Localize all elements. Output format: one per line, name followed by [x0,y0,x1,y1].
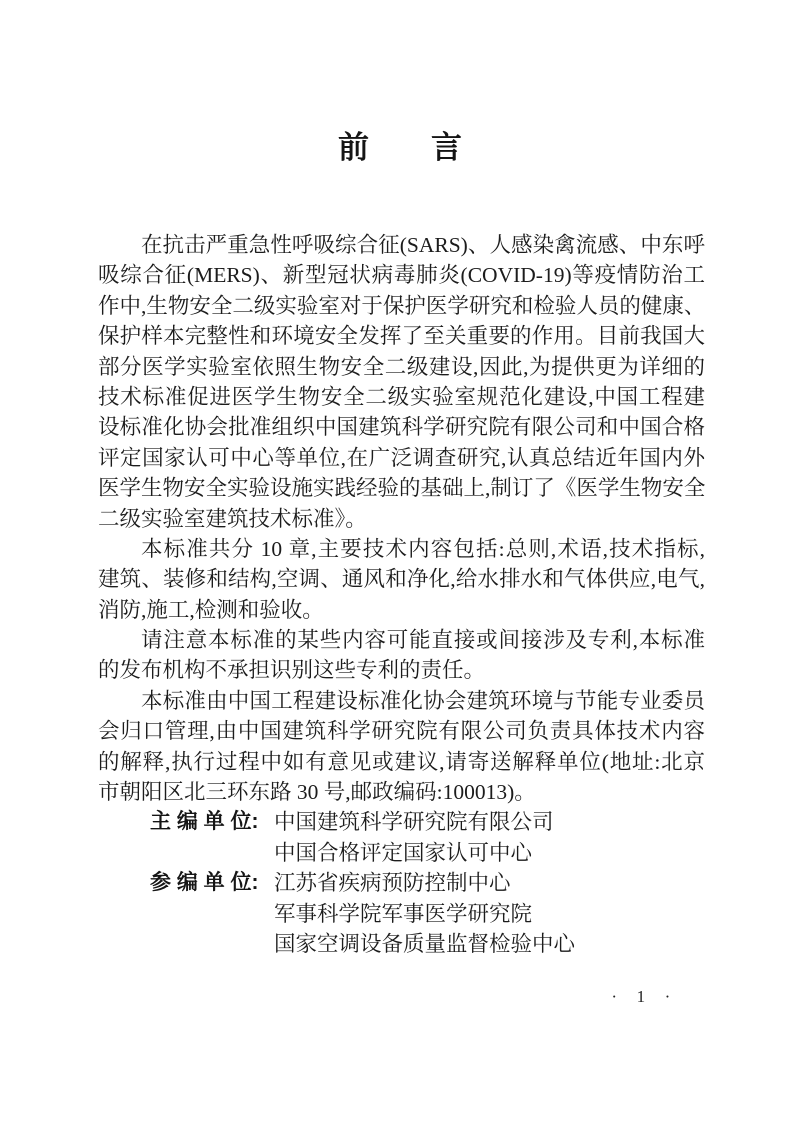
paragraph-line: 在抗击严重急性呼吸综合征(SARS)、人感染禽流感、中东呼 [98,230,705,260]
editor-item: 中国合格评定国家认可中心 [274,838,705,868]
paragraph-line: 评定国家认可中心等单位,在广泛调查研究,认真总结近年国内外 [98,443,705,473]
paragraph-line: 作中,生物安全二级实验室对于保护医学研究和检验人员的健康、 [98,291,705,321]
editor-item: 国家空调设备质量监督检验中心 [274,929,705,959]
editor-section: 主 编 单 位:中国建筑科学研究院有限公司中国合格评定国家认可中心参 编 单 位… [98,807,705,959]
paragraph-line: 技术标准促进医学生物安全二级实验室规范化建设,中国工程建 [98,382,705,412]
paragraph-line: 医学生物安全实验设施实践经验的基础上,制订了《医学生物安全 [98,473,705,503]
paragraph-line: 市朝阳区北三环东路 30 号,邮政编码:100013)。 [98,777,705,807]
paragraph-line: 吸综合征(MERS)、新型冠状病毒肺炎(COVID-19)等疫情防治工 [98,260,705,290]
page-title: 前 言 [0,128,800,168]
editor-items: 中国建筑科学研究院有限公司中国合格评定国家认可中心 [274,807,705,868]
page-number: · 1 · [611,987,678,1007]
editor-label: 参 编 单 位: [150,868,274,898]
editor-row: 主 编 单 位:中国建筑科学研究院有限公司中国合格评定国家认可中心 [150,807,705,868]
paragraph-line: 请注意本标准的某些内容可能直接或间接涉及专利,本标准 [98,625,705,655]
paragraph-line: 的解释,执行过程中如有意见或建议,请寄送解释单位(地址:北京 [98,747,705,777]
paragraph-line: 建筑、装修和结构,空调、通风和净化,给水排水和气体供应,电气, [98,564,705,594]
paragraph-line: 会归口管理,由中国建筑科学研究院有限公司负责具体技术内容 [98,716,705,746]
paragraph-line: 部分医学实验室依照生物安全二级建设,因此,为提供更为详细的 [98,352,705,382]
paragraph-line: 设标准化协会批准组织中国建筑科学研究院有限公司和中国合格 [98,412,705,442]
editor-label: 主 编 单 位: [150,807,274,837]
document-page: 前 言 在抗击严重急性呼吸综合征(SARS)、人感染禽流感、中东呼吸综合征(ME… [0,0,800,1148]
paragraph-line: 保护样本完整性和环境安全发挥了至关重要的作用。目前我国大 [98,321,705,351]
editor-item: 中国建筑科学研究院有限公司 [274,807,705,837]
editor-items: 江苏省疾病预防控制中心军事科学院军事医学研究院国家空调设备质量监督检验中心 [274,868,705,959]
paragraph-line: 二级实验室建筑技术标准》。 [98,504,705,534]
paragraph-line: 的发布机构不承担识别这些专利的责任。 [98,655,705,685]
editor-item: 军事科学院军事医学研究院 [274,899,705,929]
paragraph-line: 消防,施工,检测和验收。 [98,595,705,625]
editor-item: 江苏省疾病预防控制中心 [274,868,705,898]
editor-row: 参 编 单 位:江苏省疾病预防控制中心军事科学院军事医学研究院国家空调设备质量监… [150,868,705,959]
paragraphs: 在抗击严重急性呼吸综合征(SARS)、人感染禽流感、中东呼吸综合征(MERS)、… [98,230,705,807]
body-content: 在抗击严重急性呼吸综合征(SARS)、人感染禽流感、中东呼吸综合征(MERS)、… [98,230,705,959]
paragraph-line: 本标准由中国工程建设标准化协会建筑环境与节能专业委员 [98,686,705,716]
paragraph-line: 本标准共分 10 章,主要技术内容包括:总则,术语,技术指标, [98,534,705,564]
